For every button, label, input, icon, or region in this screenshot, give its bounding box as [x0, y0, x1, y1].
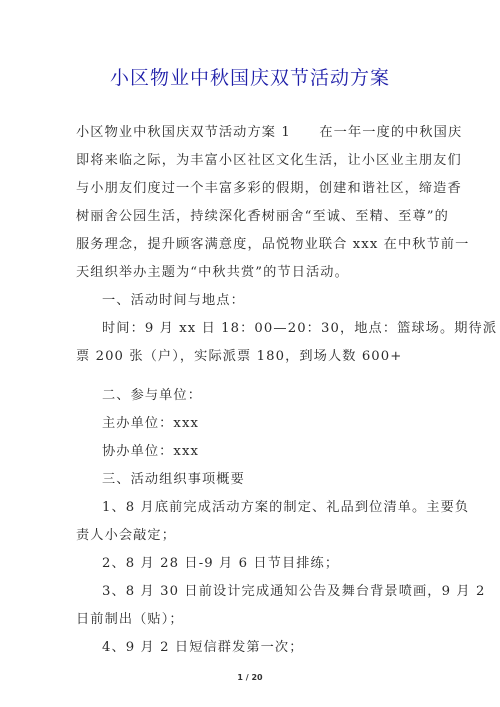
- paragraph-line: 2、8 月 28 日-9 月 6 日节目排练；: [102, 552, 339, 571]
- paragraph-line: 协办单位：xxx: [102, 440, 199, 459]
- section-heading: 三、活动组织事项概要: [102, 468, 245, 487]
- document-title: 小区物业中秋国庆双节活动方案: [0, 63, 500, 90]
- paragraph-line: 服务理念，提升顾客满意度，品悦物业联合 xxx 在中秋节前一: [76, 233, 469, 252]
- page-number: 1 / 20: [0, 673, 500, 682]
- paragraph-line: 票 200 张（户），实际派票 180，到场人数 600+: [76, 345, 402, 364]
- paragraph-line: 1、8 月底前完成活动方案的制定、礼品到位清单。主要负: [102, 496, 469, 515]
- section-heading: 二、参与单位：: [102, 384, 202, 403]
- paragraph-line: 4、9 月 2 日短信群发第一次；: [102, 636, 304, 655]
- paragraph-line: 时间：9 月 xx 日 18：00—20：30，地点：篮球场。期待派: [102, 317, 497, 336]
- paragraph-line: 3、8 月 30 日前设计完成通知公告及舞台背景喷画，9 月 2: [102, 580, 485, 599]
- paragraph-line: 与小朋友们度过一个丰富多彩的假期，创建和谐社区，缔造香: [76, 177, 462, 196]
- section-heading: 一、活动时间与地点：: [102, 289, 245, 308]
- paragraph-line: 小区物业中秋国庆双节活动方案 1 在一年一度的中秋国庆: [76, 121, 462, 140]
- paragraph-line: 日前制出（贴）；: [76, 608, 184, 627]
- paragraph-line: 树丽舍公园生活，持续深化香树丽舍“至诚、至精、至尊”的: [76, 205, 449, 224]
- paragraph-line: 天组织举办主题为“中秋共赏”的节日活动。: [76, 261, 349, 280]
- paragraph-line: 主办单位：xxx: [102, 412, 199, 431]
- paragraph-line: 即将来临之际，为丰富小区社区文化生活，让小区业主朋友们: [76, 149, 462, 168]
- paragraph-line: 责人小会敲定；: [76, 524, 176, 543]
